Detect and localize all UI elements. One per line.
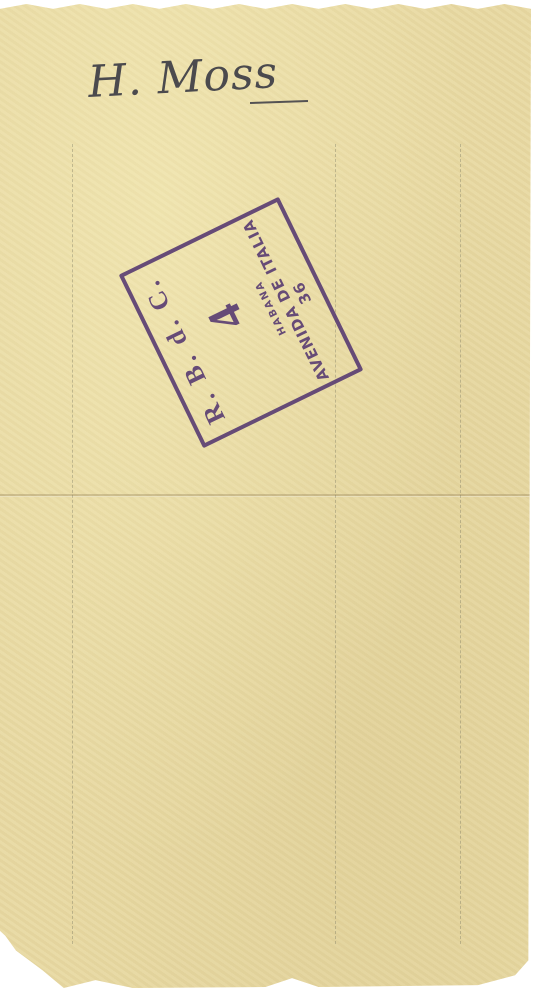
stamp-initials: R. B. d. C. <box>129 256 246 440</box>
faint-column-rule <box>335 144 336 944</box>
faint-column-rule <box>72 144 73 944</box>
stamp-number: 4 <box>196 295 256 341</box>
rubber-stamp: R. B. d. C. 4 AVENIDA DE ITALIA 36 HABAN… <box>119 197 364 448</box>
signature-flourish <box>250 100 308 104</box>
document-sheet: H. Moss R. B. d. C. 4 AVENIDA DE ITALIA … <box>0 4 531 990</box>
handwritten-signature: H. Moss <box>87 47 279 108</box>
faint-column-rule <box>460 144 461 944</box>
horizontal-fold-crease <box>0 494 533 497</box>
